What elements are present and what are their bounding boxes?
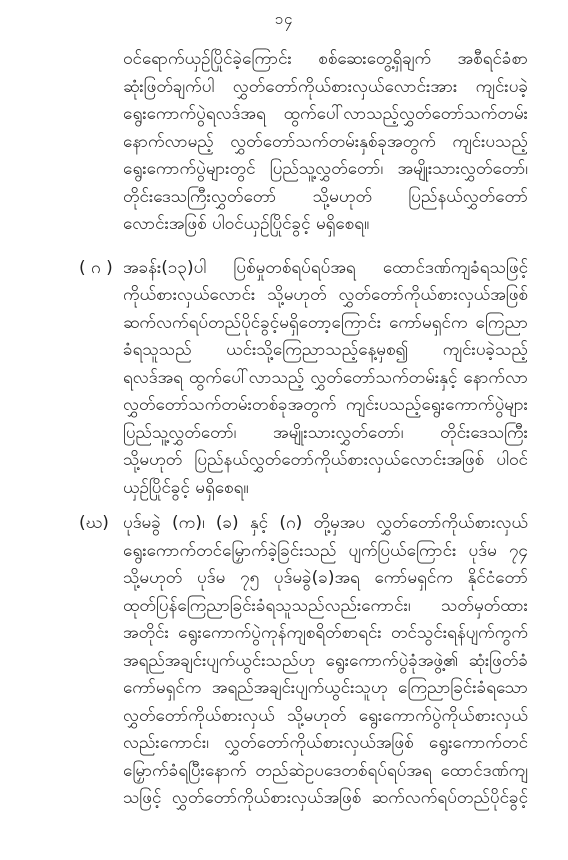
text-line: ရလဒ်အရ ထွက်ပေါ်လာသည့် လွှတ်တော်သက်တမ်းနှ… bbox=[123, 365, 528, 393]
page-body: ဝင်ရောက်ယှဉ်ပြိုင်ခဲ့ကြောင်း စစ်ဆေးတွေ့ရ… bbox=[123, 46, 528, 813]
text-line: ဆုံးဖြတ်ချက်ပါ လွှတ်တော်ကိုယ်စားလှယ်လောင… bbox=[123, 74, 528, 102]
text-line: ပုဒ်မခွဲ (က)၊ (ခ) နှင့် (ဂ) တို့မှအပ လွှ… bbox=[123, 510, 528, 538]
text-line: အရည်အချင်းပျက်ယွင်းသည်ဟု ရွေးကောက်ပွဲခုံ… bbox=[123, 648, 528, 676]
clause-label-ga: ( ဂ ) bbox=[79, 255, 113, 283]
text-line: ကော်မရှင်က အရည်အချင်းပျက်ယွင်းသူဟု ကြေညာ… bbox=[123, 675, 528, 703]
text-line: ရွေးကောက်တင်မြှောက်ခဲ့ခြင်းသည် ပျက်ပြယ်က… bbox=[123, 538, 528, 566]
text-line: ခံရသူသည် ယင်းသို့ကြေညာသည့်နေ့မှစ၍ ကျင်းပ… bbox=[123, 337, 528, 365]
paragraph-continuation: ဝင်ရောက်ယှဉ်ပြိုင်ခဲ့ကြောင်း စစ်ဆေးတွေ့ရ… bbox=[123, 46, 528, 239]
text-line: တိုင်းဒေသကြီးလွှတ်တော် သို့မဟုတ် ပြည်နယ်… bbox=[123, 184, 528, 212]
text-line: လွှတ်တော်သက်တမ်းတစ်ခုအတွက် ကျင်းပသည့်ရွေ… bbox=[123, 392, 528, 420]
text-line: လွှတ်တော်ကိုယ်စားလှယ် သို့မဟုတ် ရွေးကောက… bbox=[123, 703, 528, 731]
text-line: လည်းကောင်း၊ လွှတ်တော်ကိုယ်စားလှယ်အဖြစ် ရ… bbox=[123, 730, 528, 758]
text-line: အခန်း(၁၃)ပါ ပြစ်မှုတစ်ရပ်ရပ်အရ ထောင်ဒဏ်က… bbox=[123, 255, 528, 283]
text-line: နောက်လာမည့် လွှတ်တော်သက်တမ်းနှစ်ခုအတွက် … bbox=[123, 129, 528, 157]
text-line: ပြည်သူ့လွှတ်တော်၊ အမျိုးသားလွှတ်တော်၊ တိ… bbox=[123, 420, 528, 448]
page-number: ၁၄ bbox=[0, 10, 568, 32]
text-line: လောင်းအဖြစ် ပါဝင်ယှဉ်ပြိုင်ခွင့် မရှိစေရ… bbox=[123, 211, 528, 239]
text-line: အတိုင်း ရွေးကောက်ပွဲကုန်ကျစရိတ်စာရင်း တင… bbox=[123, 620, 528, 648]
text-line: သို့မဟုတ် ပြည်နယ်လွှတ်တော်ကိုယ်စားလှယ်လေ… bbox=[123, 447, 528, 475]
text-line: ရွေးကောက်ပွဲများတွင် ပြည်သူ့လွှတ်တော်၊ အ… bbox=[123, 156, 528, 184]
document-page: ၁၄ ဝင်ရောက်ယှဉ်ပြိုင်ခဲ့ကြောင်း စစ်ဆေးတွ… bbox=[0, 0, 568, 860]
paragraph-clause-ga: ( ဂ ) အခန်း(၁၃)ပါ ပြစ်မှုတစ်ရပ်ရပ်အရ ထော… bbox=[123, 255, 528, 503]
text-line: ရွေးကောက်ပွဲရလဒ်အရ ထွက်ပေါ်လာသည့်လွှတ်တေ… bbox=[123, 101, 528, 129]
text-line: သို့မဟုတ် ပုဒ်မ ၇၅ ပုဒ်မခွဲ(ခ)အရ ကော်မရှ… bbox=[123, 565, 528, 593]
text-line: ယှဉ်ပြိုင်ခွင့် မရှိစေရ။ bbox=[123, 475, 528, 503]
paragraph-clause-gha: (ဃ) ပုဒ်မခွဲ (က)၊ (ခ) နှင့် (ဂ) တို့မှအပ… bbox=[123, 510, 528, 813]
text-line: ကိုယ်စားလှယ်လောင်း သို့မဟုတ် လွှတ်တော်ကိ… bbox=[123, 282, 528, 310]
text-line: ဝင်ရောက်ယှဉ်ပြိုင်ခဲ့ကြောင်း စစ်ဆေးတွေ့ရ… bbox=[123, 46, 528, 74]
text-line: ထုတ်ပြန်ကြေညာခြင်းခံရသူသည်လည်းကောင်း၊ သတ… bbox=[123, 593, 528, 621]
text-line: သဖြင့် လွှတ်တော်ကိုယ်စားလှယ်အဖြစ် ဆက်လက်… bbox=[123, 785, 528, 813]
text-line: ဆက်လက်ရပ်တည်ပိုင်ခွင့်မရှိတော့ကြောင်း ကေ… bbox=[123, 310, 528, 338]
text-line: မြှောက်ခံရပြီးနောက် တည်ဆဲဥပဒေတစ်ရပ်ရပ်အရ… bbox=[123, 758, 528, 786]
clause-label-gha: (ဃ) bbox=[79, 510, 109, 538]
